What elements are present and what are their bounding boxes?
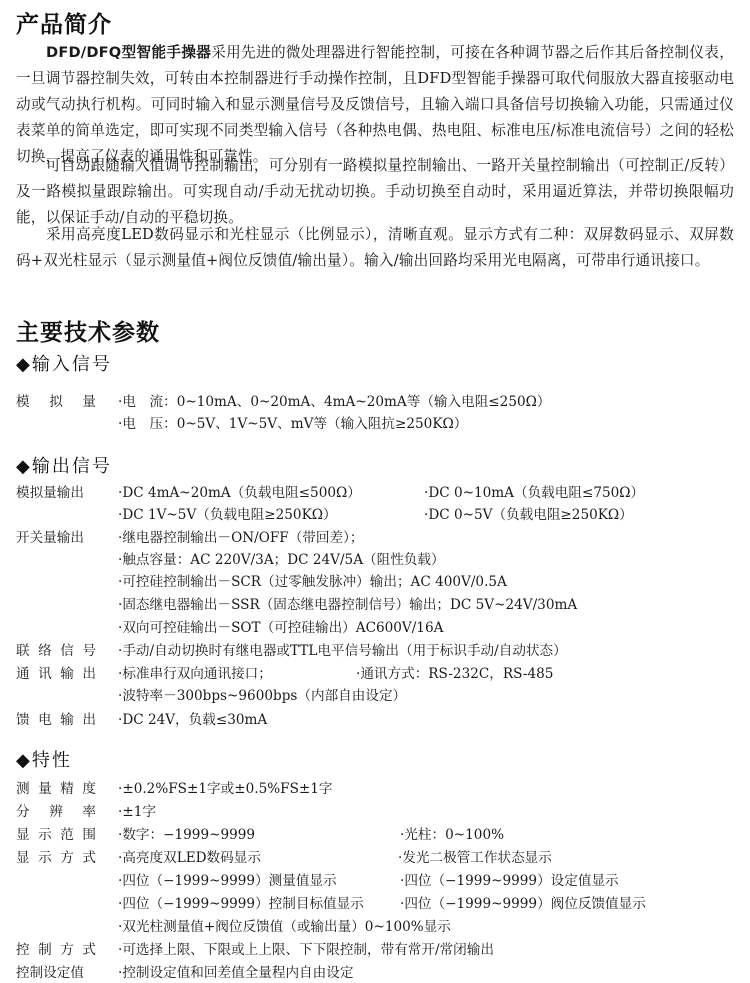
switch-output-item: ·固态继电器输出－SSR（固态继电器控制信号）输出；DC 5V~24V/30mA <box>118 595 577 615</box>
display-mode-item: ·四位（−1999~9999）阀位反馈值显示 <box>400 894 646 914</box>
analog-output-item: ·DC 4mA~20mA（负载电阻≤500Ω） <box>118 483 361 503</box>
input-signal-heading: ◆输入信号 <box>16 350 112 376</box>
input-current-item: ·电 流：0~10mA、0~20mA、4mA~20mA等（输入电阻≤250Ω） <box>118 392 550 412</box>
switch-output-item: ·继电器控制输出－ON/OFF（带回差）； <box>118 528 363 548</box>
display-mode-item: ·四位（−1999~9999）测量值显示 <box>118 871 337 891</box>
accuracy-label: 测量精度 <box>16 779 96 799</box>
comm-output-item: ·波特率－300bps~9600bps（内部自由设定） <box>118 686 406 706</box>
control-mode-label: 控制方式 <box>16 940 96 960</box>
intro-paragraph-3: 采用高亮度LED数码显示和光柱显示（比例显示），清晰直观。显示方式有二种：双屏数… <box>16 222 734 274</box>
link-signal-label: 联络信号 <box>16 641 96 661</box>
feed-output-label: 馈电输出 <box>16 710 96 730</box>
analog-output-item: ·DC 1V~5V（负载电阻≥250KΩ） <box>118 505 337 525</box>
display-mode-label: 显示方式 <box>16 848 96 868</box>
analog-output-item: ·DC 0~10mA（负载电阻≤750Ω） <box>424 483 644 503</box>
switch-output-label: 开关量输出 <box>16 528 96 548</box>
resolution-item: ·±1字 <box>118 802 156 822</box>
display-mode-item: ·四位（−1999~9999）设定值显示 <box>400 871 619 891</box>
product-name: DFD/DFQ型智能手操器 <box>46 44 211 61</box>
intro-paragraph-1-text: 采用先进的微处理器进行智能控制，可接在各种调节器之后作其后备控制仪表，一旦调节器… <box>16 44 734 165</box>
feed-output-item: ·DC 24V，负载≤30mA <box>118 710 267 730</box>
accuracy-item: ·±0.2%FS±1字或±0.5%FS±1字 <box>118 779 333 799</box>
resolution-label: 分辨率 <box>16 802 96 822</box>
analog-output-label: 模拟量输出 <box>16 483 96 503</box>
specs-title: 主要技术参数 <box>16 314 160 347</box>
output-signal-heading: ◆输出信号 <box>16 452 112 478</box>
display-mode-item: ·高亮度双LED数码显示 <box>118 848 261 868</box>
display-mode-item: ·发光二极管工作状态显示 <box>398 848 552 868</box>
range-item: ·光柱：0~100% <box>400 825 504 845</box>
features-heading: ◆特性 <box>16 746 72 772</box>
comm-output-item: ·通讯方式：RS-232C，RS-485 <box>356 664 553 684</box>
switch-output-item: ·双向可控硅输出－SOT（可控硅输出）AC600V/16A <box>118 618 443 638</box>
switch-output-item: ·可控硅控制输出－SCR（过零触发脉冲）输出；AC 400V/0.5A <box>118 572 507 592</box>
comm-output-item: ·标准串行双向通讯接口； <box>118 664 272 684</box>
display-mode-item: ·双光柱测量值+阀位反馈值（或输出量）0~100%显示 <box>118 917 451 937</box>
range-label: 显示范围 <box>16 825 96 845</box>
setpoint-item: ·控制设定值和回差值全量程内自由设定 <box>118 963 353 983</box>
link-signal-item: ·手动/自动切换时有继电器或TTL电平信号输出（用于标识手动/自动状态） <box>118 641 567 661</box>
input-voltage-item: ·电 压：0~5V、1V~5V、mV等（输入阻抗≥250KΩ） <box>118 414 467 434</box>
intro-paragraph-1: DFD/DFQ型智能手操器采用先进的微处理器进行智能控制，可接在各种调节器之后作… <box>16 40 734 170</box>
intro-title: 产品简介 <box>16 6 112 39</box>
analog-input-label: 模拟量 <box>16 392 96 412</box>
comm-output-label: 通讯输出 <box>16 664 96 684</box>
control-mode-item: ·可选择上限、下限或上上限、下下限控制，带有常开/常闭输出 <box>118 940 494 960</box>
display-mode-item: ·四位（−1999~9999）控制目标值显示 <box>118 894 364 914</box>
setpoint-label: 控制设定值 <box>16 963 96 983</box>
intro-paragraph-2: 可自动跟随输入值调节控制输出，可分别有一路模拟量控制输出、一路开关量控制输出（可… <box>16 153 734 231</box>
analog-output-item: ·DC 0~5V（负载电阻≥250KΩ） <box>424 505 633 525</box>
switch-output-item: ·触点容量：AC 220V/3A；DC 24V/5A（阻性负载） <box>118 550 445 570</box>
range-item: ·数字：−1999~9999 <box>118 825 255 845</box>
